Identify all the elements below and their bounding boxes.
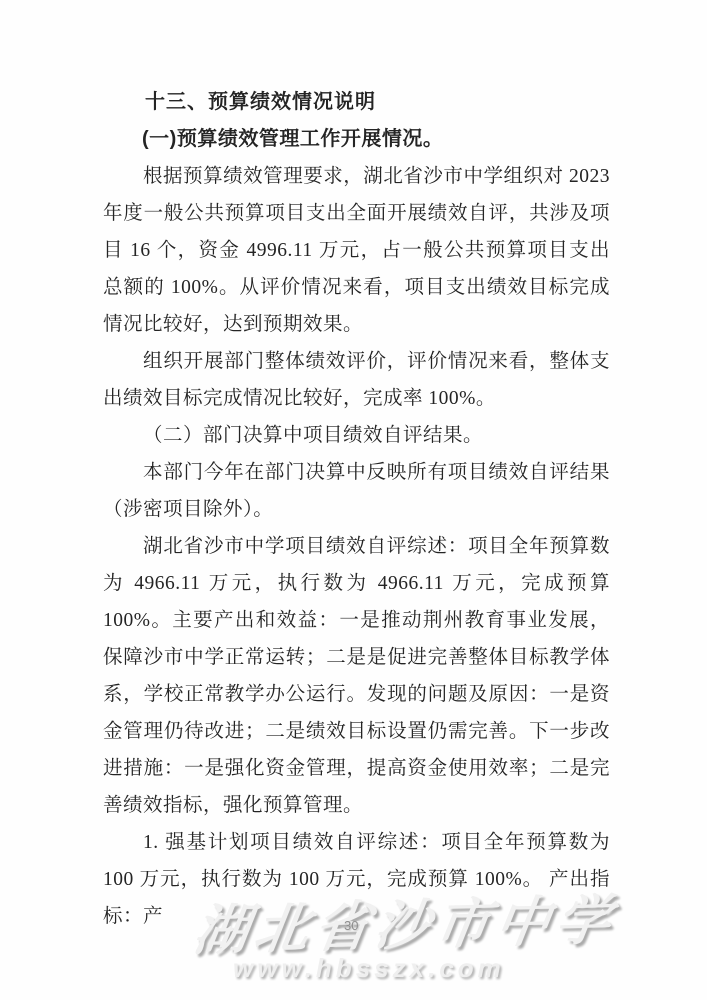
document-content: 十三、预算绩效情况说明 (一)预算绩效管理工作开展情况。 根据预算绩效管理要求，… bbox=[103, 84, 610, 935]
paragraph-subsection-two-title: （二）部门决算中项目绩效自评结果。 bbox=[103, 417, 610, 454]
watermark-school-name: 湖北省沙市中学 bbox=[190, 894, 530, 961]
section-heading: 十三、预算绩效情况说明 bbox=[103, 84, 610, 121]
document-page: 十三、预算绩效情况说明 (一)预算绩效管理工作开展情况。 根据预算绩效管理要求，… bbox=[0, 0, 707, 1000]
subsection-heading: (一)预算绩效管理工作开展情况。 bbox=[103, 121, 610, 158]
watermark-website: www.hbsszx.com bbox=[233, 953, 505, 984]
paragraph-project-summary: 湖北省沙市中学项目绩效自评综述：项目全年预算数为 4966.11 万元，执行数为… bbox=[103, 528, 610, 824]
page-number: 30 bbox=[344, 918, 358, 933]
paragraph-work-overview: 根据预算绩效管理要求，湖北省沙市中学组织对 2023 年度一般公共预算项目支出全… bbox=[103, 158, 610, 343]
paragraph-overall-evaluation: 组织开展部门整体绩效评价，评价情况来看，整体支出绩效目标完成情况比较好，完成率 … bbox=[103, 343, 610, 417]
paragraph-self-evaluation-scope: 本部门今年在部门决算中反映所有项目绩效自评结果（涉密项目除外）。 bbox=[103, 454, 610, 528]
